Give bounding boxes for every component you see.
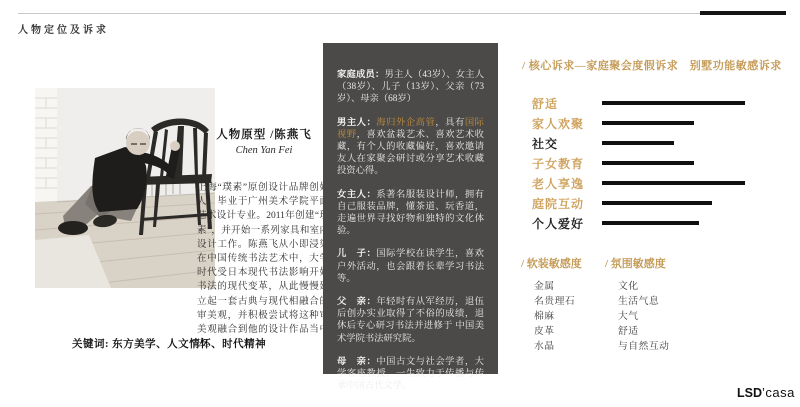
family-text: ，具有 xyxy=(435,118,465,128)
appeal-row: 家人欢聚 xyxy=(532,113,787,133)
family-entry: 母 亲：中国古文与社会学者，大学客座教授，一生致力于传播与传承中国古代文学。 xyxy=(337,356,484,393)
ambience-sensitivity-item: 与自然互动 xyxy=(618,339,669,354)
family-role-label: 男主人： xyxy=(337,118,376,128)
ambience-sensitivity-item: 生活气息 xyxy=(618,294,669,309)
family-role-label: 母 亲： xyxy=(337,357,376,367)
appeal-bar xyxy=(602,201,712,205)
family-entry: 儿 子：国际学校在读学生，喜欢户外活动，也会跟着长辈学习书法等。 xyxy=(337,248,484,285)
family-entry: 女主人：系著名服装设计师，拥有自己服装品牌，懂茶道、玩香道，走遍世界寻找好物和独… xyxy=(337,189,484,238)
appeal-bar xyxy=(602,221,699,225)
family-entries: 男主人：海归外企高管，具有国际视野，喜欢盆栽艺术、喜欢艺术收藏，有个人的收藏偏好… xyxy=(337,117,484,393)
profile-name-cn: 人物原型 /陈燕飞 xyxy=(203,126,325,142)
ambience-sensitivity-heading: / 氛围敏感度 xyxy=(605,255,669,271)
appeal-label: 社交 xyxy=(532,135,558,152)
appeal-label: 子女教育 xyxy=(532,155,584,172)
family-card: 家庭成员：男主人（43岁）、女主人（38岁）、儿子（13岁）、父亲（73 岁）、… xyxy=(323,43,498,374)
ambience-sensitivity-item: 大气 xyxy=(618,309,669,324)
page-title: 人物定位及诉求 xyxy=(18,21,109,36)
appeal-row: 个人爱好 xyxy=(532,213,787,233)
lsd-casa-logo: LSD’casa xyxy=(737,384,795,402)
profile-photo xyxy=(35,88,215,288)
family-members-label: 家庭成员： xyxy=(337,70,384,80)
appeal-row: 舒适 xyxy=(532,93,787,113)
soft-sensitivity-item: 金属 xyxy=(534,279,582,294)
soft-sensitivity-item: 皮革 xyxy=(534,324,582,339)
family-highlight-text: 海归外企高管 xyxy=(376,118,435,128)
family-entry: 男主人：海归外企高管，具有国际视野，喜欢盆栽艺术、喜欢艺术收藏，有个人的收藏偏好… xyxy=(337,117,484,178)
man-sitting-by-chair-illustration xyxy=(35,88,215,288)
soft-sensitivity-list: 金属名贵理石棉麻皮革水晶 xyxy=(521,279,582,354)
family-role-label: 儿 子： xyxy=(337,249,376,259)
appeal-bar xyxy=(602,161,694,165)
soft-sensitivity-item: 棉麻 xyxy=(534,309,582,324)
profile-name-en: Chen Yan Fei xyxy=(203,145,325,156)
logo-light-part: ’casa xyxy=(762,385,795,400)
appeal-label: 家人欢聚 xyxy=(532,115,584,132)
soft-sensitivity-item: 名贵理石 xyxy=(534,294,582,309)
ambience-sensitivity-section: / 氛围敏感度 文化生活气息大气舒适与自然互动 xyxy=(605,255,669,354)
ambience-sensitivity-item: 文化 xyxy=(618,279,669,294)
appeal-row: 老人享逸 xyxy=(532,173,787,193)
appeals-bar-chart: 舒适家人欢聚社交子女教育老人享逸庭院互动个人爱好 xyxy=(532,93,787,233)
slide: 人物定位及诉求 xyxy=(0,0,800,407)
soft-sensitivity-heading: / 软装敏感度 xyxy=(521,255,582,271)
top-divider-accent xyxy=(700,11,786,15)
top-divider-line xyxy=(18,13,786,14)
appeal-row: 子女教育 xyxy=(532,153,787,173)
soft-sensitivity-item: 水晶 xyxy=(534,339,582,354)
family-entry: 父 亲：年轻时有从军经历，退伍后创办实业取得了不俗的成绩，退休后专心研习书法并进… xyxy=(337,296,484,345)
appeal-bar xyxy=(602,141,674,145)
appeal-label: 老人享逸 xyxy=(532,175,584,192)
family-text: ，喜欢盆栽艺术、喜欢艺术收藏，有个人的收藏偏好，喜欢邀请友人在家聚会研讨或分享艺… xyxy=(337,130,484,177)
ambience-sensitivity-list: 文化生活气息大气舒适与自然互动 xyxy=(605,279,669,354)
appeal-row: 庭院互动 xyxy=(532,193,787,213)
ambience-sensitivity-item: 舒适 xyxy=(618,324,669,339)
keywords-line: 关键词: 东方美学、人文情怀、时代精神 xyxy=(72,336,266,351)
appeal-label: 舒适 xyxy=(532,95,558,112)
appeal-bar xyxy=(602,181,745,185)
family-role-label: 父 亲： xyxy=(337,297,376,307)
appeal-label: 庭院互动 xyxy=(532,195,584,212)
profile-bio: 上海“璞素”原创设计品牌创始人，毕业于广州美术学院平面艺术设计专业。2011年创… xyxy=(197,181,329,351)
appeal-bar xyxy=(602,101,745,105)
family-role-label: 女主人： xyxy=(337,190,376,200)
appeal-bar xyxy=(602,121,694,125)
appeal-row: 社交 xyxy=(532,133,787,153)
appeal-label: 个人爱好 xyxy=(532,215,584,232)
logo-bold-part: LSD xyxy=(737,386,762,400)
profile-name-block: 人物原型 /陈燕飞 Chen Yan Fei xyxy=(203,126,325,156)
appeals-heading: / 核心诉求—家庭聚会度假诉求 别墅功能敏感诉求 xyxy=(522,57,782,73)
soft-sensitivity-section: / 软装敏感度 金属名贵理石棉麻皮革水晶 xyxy=(521,255,582,354)
family-members-line: 家庭成员：男主人（43岁）、女主人（38岁）、儿子（13岁）、父亲（73 岁）、… xyxy=(337,69,484,106)
